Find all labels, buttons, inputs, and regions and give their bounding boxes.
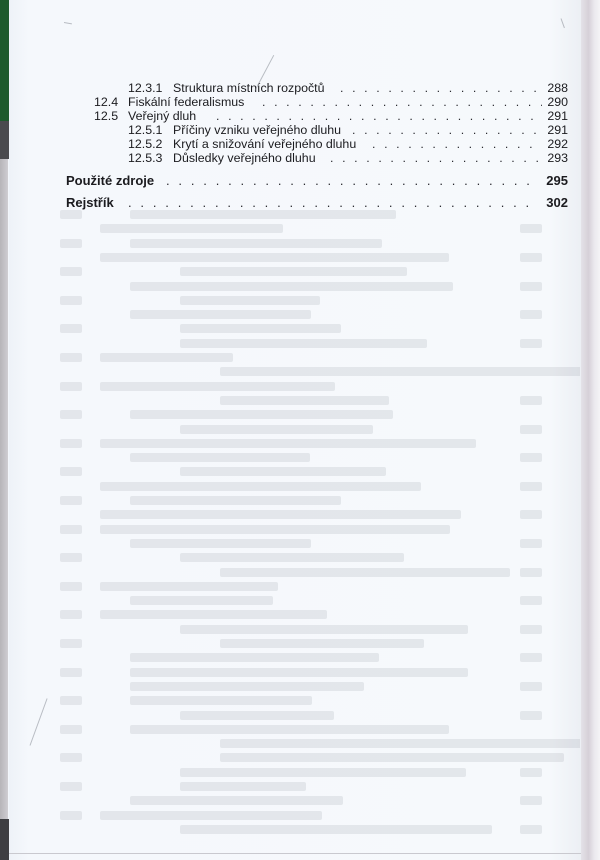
dot-leader: . . . . . . . . . . . . . . . . . . . . …: [352, 123, 542, 138]
page-number: 291: [547, 109, 568, 124]
section-number: 12.4: [94, 95, 118, 110]
section-number: 12.3.1: [128, 81, 162, 96]
toc-entry: 12.5.3 Důsledky veřejného dluhu . . . . …: [0, 151, 600, 166]
section-number: 12.5: [94, 109, 118, 124]
toc-entry: 12.5.1 Příčiny vzniku veřejného dluhu . …: [0, 123, 600, 138]
section-title: Veřejný dluh: [128, 109, 196, 124]
toc-entry: 12.5.2 Krytí a snižování veřejného dluhu…: [0, 137, 600, 152]
section-title: Krytí a snižování veřejného dluhu: [173, 137, 356, 152]
page-number: 291: [547, 123, 568, 138]
toc-entry: 12.5 Veřejný dluh . . . . . . . . . . . …: [0, 109, 600, 124]
toc-entry-chapter: Rejstřík . . . . . . . . . . . . . . . .…: [0, 195, 600, 210]
table-of-contents: 12.3.1 Struktura místních rozpočtů . . .…: [0, 0, 600, 860]
page-number: 295: [546, 173, 568, 188]
dot-leader: . . . . . . . . . . . . . . . . . . . . …: [166, 173, 538, 188]
dot-leader: . . . . . . . . . . . . . . . . . . . . …: [216, 109, 542, 124]
dot-leader: . . . . . . . . . . . . . . . . . . . . …: [330, 151, 542, 166]
section-title: Fiskální federalismus: [128, 95, 244, 110]
page-number: 292: [547, 137, 568, 152]
page-number: 288: [547, 81, 568, 96]
page-number: 302: [546, 195, 568, 210]
section-number: 12.5.2: [128, 137, 162, 152]
dot-leader: . . . . . . . . . . . . . . . . . . . . …: [128, 195, 538, 210]
page-number: 293: [547, 151, 568, 166]
toc-entry: 12.4 Fiskální federalismus . . . . . . .…: [0, 95, 600, 110]
dot-leader: . . . . . . . . . . . . . . . . . . . . …: [340, 81, 542, 96]
section-title: Příčiny vzniku veřejného dluhu: [173, 123, 341, 138]
chapter-title: Použité zdroje: [66, 173, 154, 188]
dot-leader: . . . . . . . . . . . . . . . . . . . . …: [262, 95, 542, 110]
toc-entry-chapter: Použité zdroje . . . . . . . . . . . . .…: [0, 173, 600, 188]
chapter-title: Rejstřík: [66, 195, 114, 210]
toc-entry: 12.3.1 Struktura místních rozpočtů . . .…: [0, 81, 600, 96]
page-number: 290: [547, 95, 568, 110]
dot-leader: . . . . . . . . . . . . . . . . . . . . …: [372, 137, 542, 152]
section-number: 12.5.3: [128, 151, 162, 166]
section-number: 12.5.1: [128, 123, 162, 138]
section-title: Struktura místních rozpočtů: [173, 81, 325, 96]
section-title: Důsledky veřejného dluhu: [173, 151, 316, 166]
